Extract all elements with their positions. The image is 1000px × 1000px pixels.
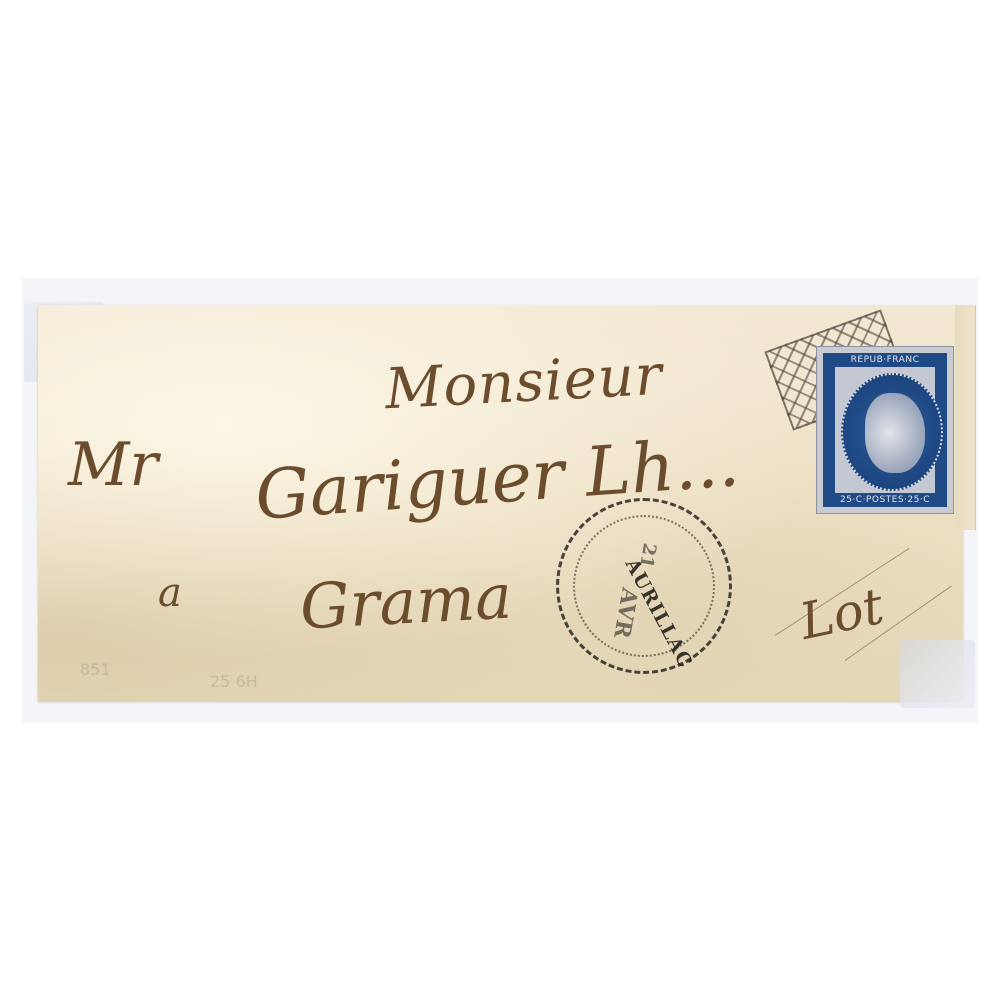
stamp-frame: REPUB·FRANC 25·C·POSTES·25·C xyxy=(823,353,947,507)
stamp-medallion xyxy=(841,373,943,491)
stamp-top-text: REPUB·FRANC xyxy=(823,353,947,367)
ceres-head-icon xyxy=(865,393,925,473)
cover-side-flap xyxy=(955,305,976,530)
address-town: Grama xyxy=(298,560,513,644)
addressee-title: Mr xyxy=(68,430,158,500)
stamp-field xyxy=(835,367,935,493)
sleeve-corner-bottom-right xyxy=(900,640,975,708)
postage-stamp: REPUB·FRANC 25·C·POSTES·25·C xyxy=(816,346,954,514)
address-preposition: a xyxy=(158,570,182,616)
stamp-bottom-text: 25·C·POSTES·25·C xyxy=(823,493,947,507)
postmark-day: 21 xyxy=(635,541,660,569)
pencil-note: 851 xyxy=(80,660,111,679)
pencil-note: 25 6H xyxy=(210,672,258,691)
